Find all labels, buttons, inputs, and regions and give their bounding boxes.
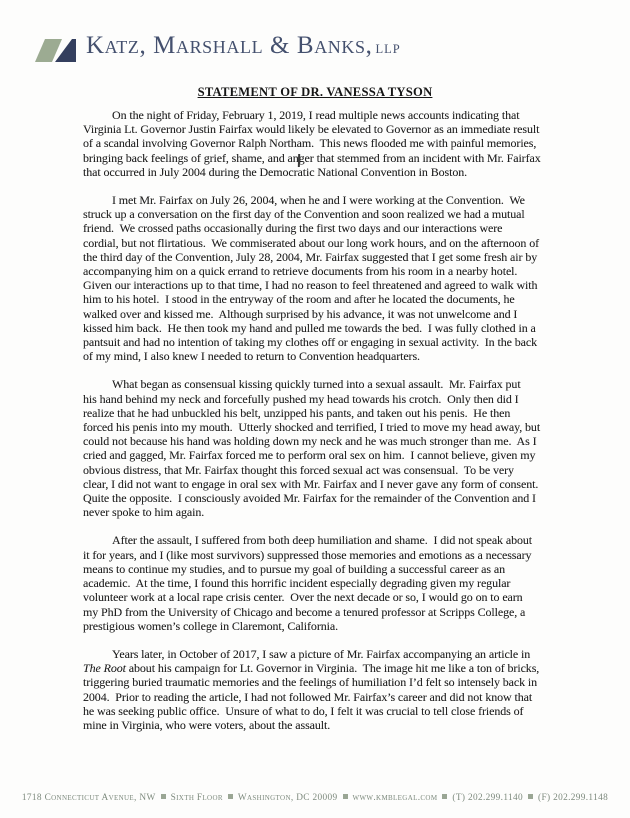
square-separator-icon — [161, 794, 166, 799]
publication-name: The Root — [83, 661, 126, 675]
paragraph-5-lead: Years later, in October of 2017, I saw a… — [112, 647, 530, 661]
paragraph-1: On the night of Friday, February 1, 2019… — [83, 108, 593, 179]
square-separator-icon — [343, 794, 348, 799]
document-title: STATEMENT OF DR. VANESSA TYSON — [0, 85, 630, 100]
square-separator-icon — [442, 794, 447, 799]
footer-phone: (T) 202.299.1140 — [452, 793, 523, 803]
paragraph-5-rest: about his campaign for Lt. Governor in V… — [83, 661, 539, 732]
letterhead: Katz, Marshall & Banks,LLP — [35, 31, 401, 68]
footer-city: Washington, DC 20009 — [238, 793, 338, 803]
square-separator-icon — [528, 794, 533, 799]
footer-floor: Sixth Floor — [171, 793, 223, 803]
firm-name: Katz, Marshall & Banks,LLP — [86, 31, 401, 64]
paragraph-2: I met Mr. Fairfax on July 26, 2004, when… — [83, 193, 593, 363]
statement-body: On the night of Friday, February 1, 2019… — [83, 108, 593, 746]
paragraph-4: After the assault, I suffered from both … — [83, 533, 593, 632]
footer-address: 1718 Connecticut Avenue, NW — [22, 793, 156, 803]
paragraph-3: What began as consensual kissing quickly… — [83, 377, 593, 519]
firm-suffix: LLP — [375, 42, 400, 56]
firm-logo-icon — [35, 37, 77, 68]
paragraph-5: Years later, in October of 2017, I saw a… — [83, 647, 593, 732]
footer: 1718 Connecticut Avenue, NWSixth FloorWa… — [0, 793, 630, 803]
footer-fax: (F) 202.299.1148 — [538, 793, 608, 803]
square-separator-icon — [228, 794, 233, 799]
document-page: Katz, Marshall & Banks,LLP STATEMENT OF … — [0, 0, 630, 818]
firm-name-text: Katz, Marshall & Banks, — [86, 32, 372, 59]
footer-website: www.kmblegal.com — [353, 793, 438, 803]
